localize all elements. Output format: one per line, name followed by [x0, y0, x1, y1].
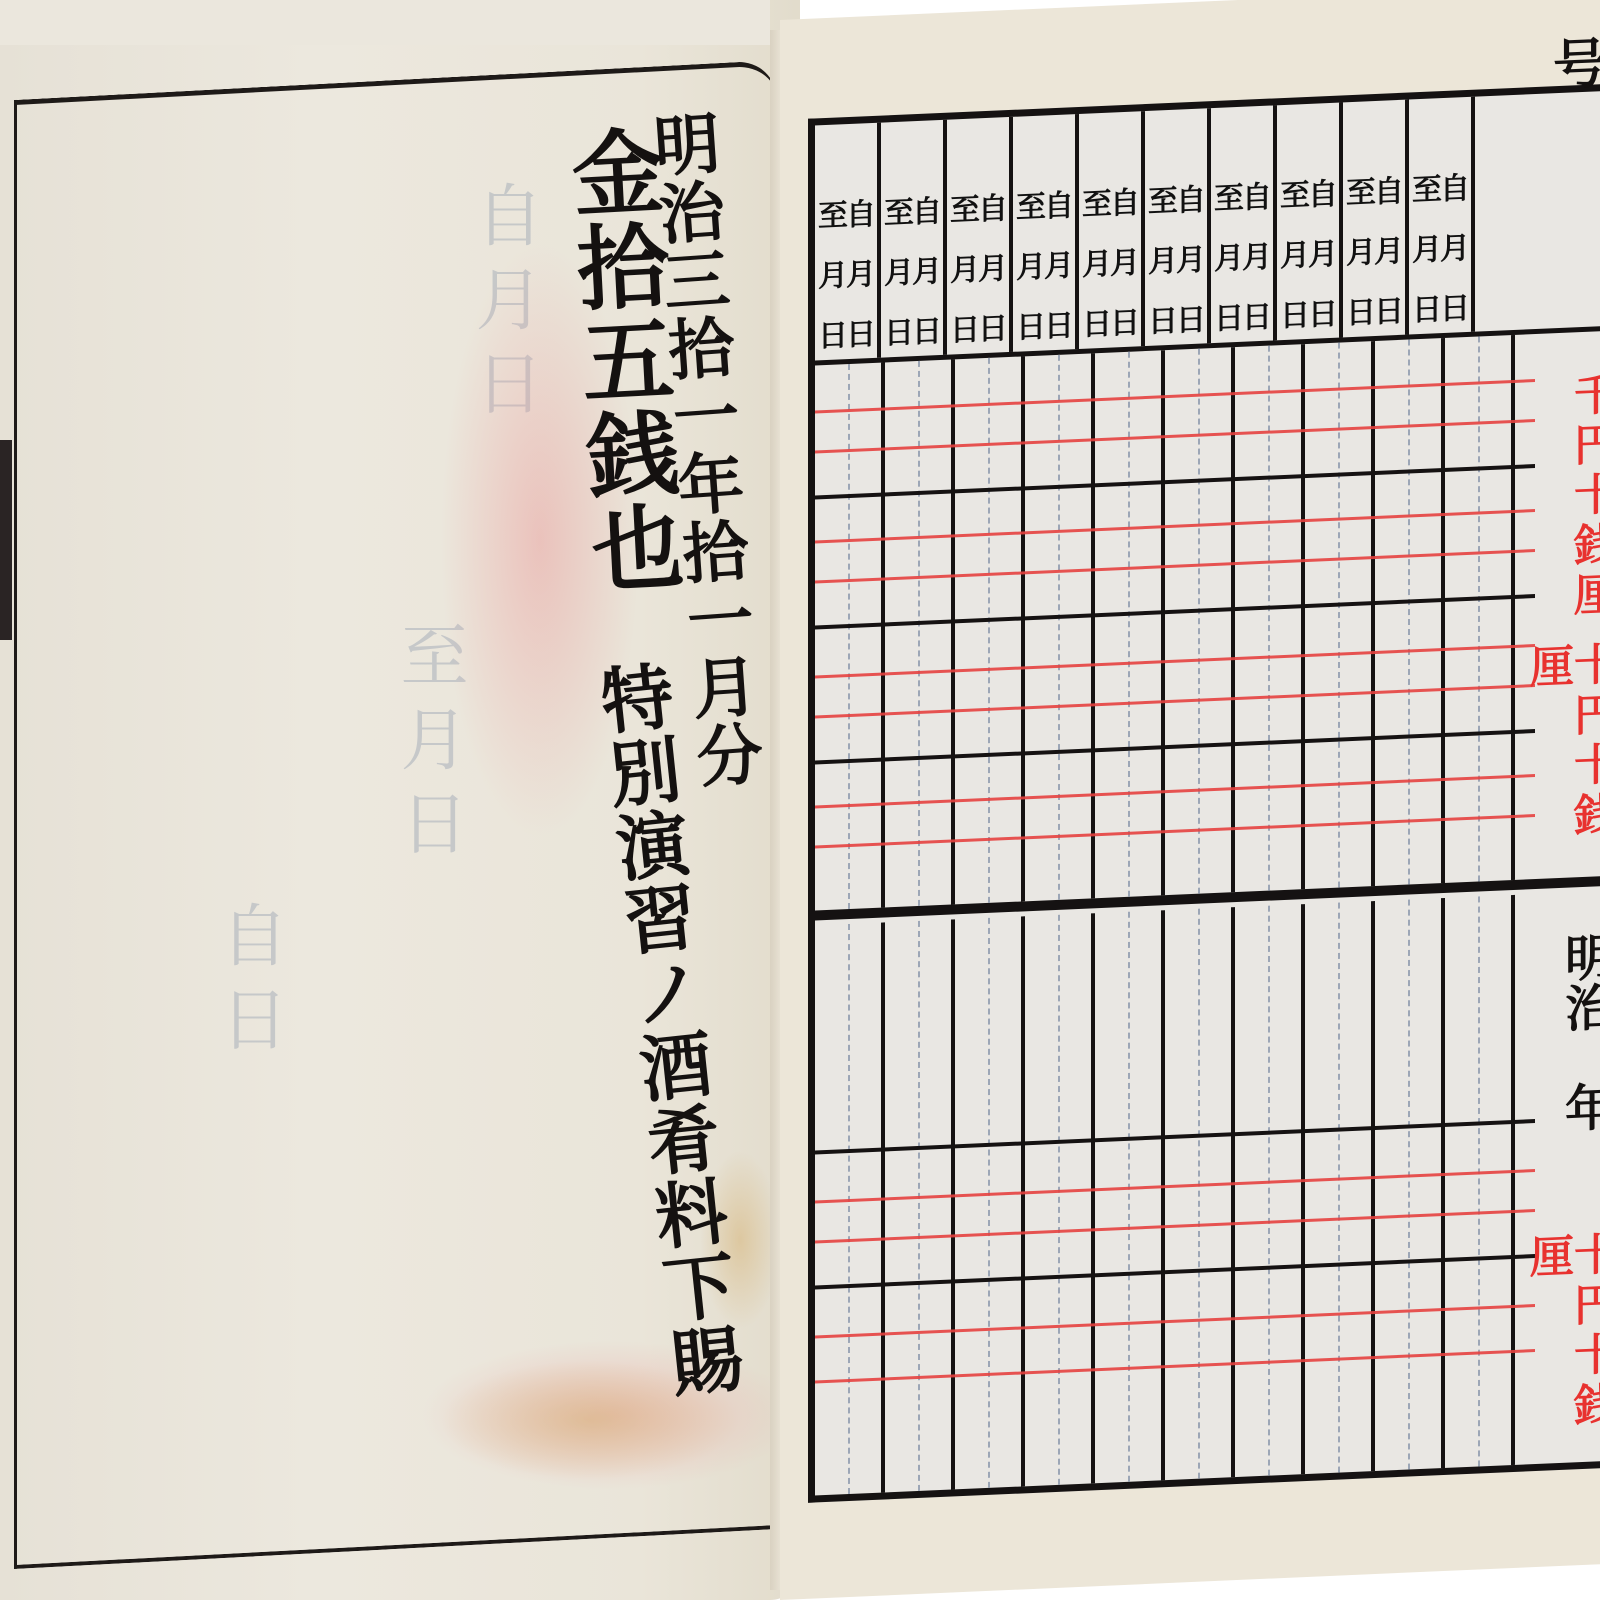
- grid-column: [885, 919, 955, 1492]
- header-row: 至自 月月 日日 至自 月月 日日 至自 月月 日日 至自 月月 日日 至自 月: [815, 91, 1600, 366]
- header-cell-date-range: 至自 月月 日日: [1211, 105, 1277, 343]
- grid-column: [1025, 913, 1095, 1486]
- grid-column: [815, 362, 885, 910]
- grid-column: [1305, 901, 1375, 1474]
- header-cell-date-range: 至自 月月 日日: [1013, 114, 1079, 352]
- grid-column: [955, 356, 1025, 904]
- header-label-cell: [1475, 93, 1555, 331]
- amount-unit-label: 十円十銭厘: [1525, 641, 1600, 880]
- header-cell-date-range: 至自 月月 日日: [881, 120, 947, 358]
- header-cell-date-range: 至自 月月 日日: [1145, 108, 1211, 346]
- bleed-through-text: 自日: [200, 900, 297, 1068]
- header-cell-date-range: 至自 月月 日日: [1277, 102, 1343, 340]
- grid-column: [955, 916, 1025, 1489]
- amount-unit-label: 十円十銭厘: [1525, 1231, 1600, 1465]
- grid-column: [1375, 898, 1445, 1471]
- grid-column: [1165, 347, 1235, 895]
- corner-label: 号: [1553, 21, 1600, 100]
- grid-column: [1025, 353, 1095, 901]
- grid-column: [1235, 344, 1305, 892]
- grid-column: [1445, 335, 1515, 883]
- era-year-label: 明治 年: [1561, 931, 1600, 1133]
- grid-column: [1165, 907, 1235, 1480]
- grid-column: [1445, 895, 1515, 1468]
- grid-column: [815, 922, 885, 1495]
- handwritten-amount: 金拾五銭也: [563, 123, 679, 597]
- right-page: 号 至自 月月 日日 至自 月月 日日 至自 月月 日日 至自 月月 日日: [780, 0, 1600, 1600]
- grid-column: [1095, 350, 1165, 898]
- header-cell-date-range: 至自 月月 日日: [947, 117, 1013, 355]
- grid-column: [1095, 910, 1165, 1483]
- header-cell-date-range: 至自 月月 日日: [1079, 111, 1145, 349]
- grid-column: [1375, 338, 1445, 886]
- lower-amount-block: 明治 年 十円十銭厘: [815, 891, 1600, 1496]
- header-cell-date-range: 至自 月月 日日: [1409, 97, 1475, 335]
- grid-column: [885, 359, 955, 907]
- grid-column: [1235, 904, 1305, 1477]
- page-top-curl: [0, 0, 770, 45]
- binding-shadow: [0, 440, 12, 640]
- header-cell-date-range: 至自 月月 日日: [1343, 100, 1409, 338]
- left-page: 自月日 至月日 自日 明治三拾一年拾一月分 金拾五銭也 特別演習ノ酒肴料下賜: [0, 0, 800, 1600]
- upper-amount-block: 千円十銭厘 十円十銭厘: [815, 331, 1600, 921]
- amount-unit-label: 千円十銭厘: [1569, 371, 1600, 623]
- header-cell-date-range: 至自 月月 日日: [815, 123, 881, 361]
- ledger-grid: 号 至自 月月 日日 至自 月月 日日 至自 月月 日日 至自 月月 日日: [808, 84, 1600, 1503]
- grid-column: [1305, 341, 1375, 889]
